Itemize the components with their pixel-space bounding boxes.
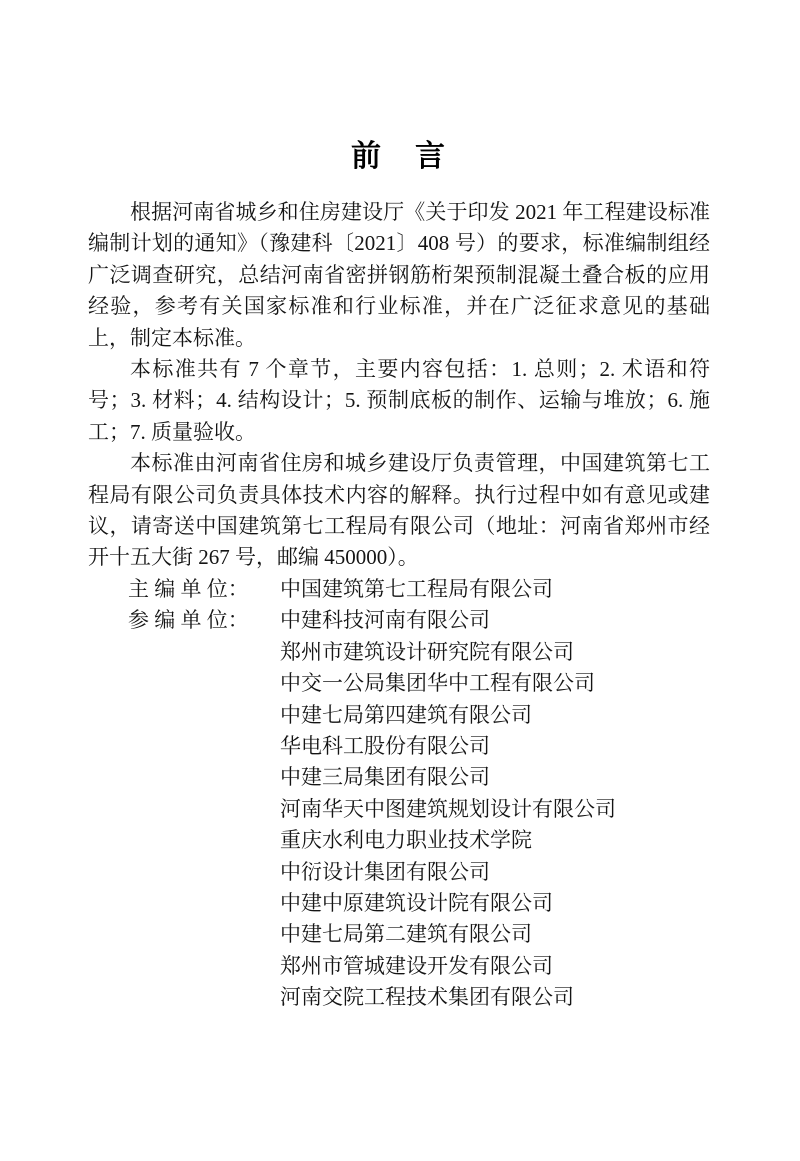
participating-editor-label: 参 编 单 位： — [128, 605, 280, 636]
participating-editor-row: 参 编 单 位： 中建科技河南有限公司 — [88, 605, 710, 636]
participating-editor-row: 中建七局第四建筑有限公司 — [88, 700, 710, 731]
document-page: 前 言 根据河南省城乡和住房建设厅《关于印发 2021 年工程建设标准编制计划的… — [0, 0, 800, 1161]
paragraph-contents: 本标准共有 7 个章节，主要内容包括：1. 总则；2. 术语和符号；3. 材料；… — [88, 354, 710, 448]
participating-editor-row: 郑州市管城建设开发有限公司 — [88, 951, 710, 982]
participating-unit: 中交一公局集团华中工程有限公司 — [280, 668, 595, 699]
participating-unit: 中衍设计集团有限公司 — [280, 857, 490, 888]
chief-editor-unit: 中国建筑第七工程局有限公司 — [280, 574, 553, 605]
participating-editor-row: 中建中原建筑设计院有限公司 — [88, 888, 710, 919]
editing-units-section: 主 编 单 位： 中国建筑第七工程局有限公司 参 编 单 位： 中建科技河南有限… — [88, 574, 710, 1014]
participating-unit: 中建科技河南有限公司 — [280, 605, 490, 636]
page-title: 前 言 — [88, 139, 710, 175]
participating-editor-row: 河南交院工程技术集团有限公司 — [88, 982, 710, 1013]
participating-unit: 中建七局第二建筑有限公司 — [280, 919, 532, 950]
participating-unit: 河南交院工程技术集团有限公司 — [280, 982, 574, 1013]
participating-editor-row: 中交一公局集团华中工程有限公司 — [88, 668, 710, 699]
paragraph-management: 本标准由河南省住房和城乡建设厅负责管理，中国建筑第七工程局有限公司负责具体技术内… — [88, 448, 710, 574]
participating-unit: 中建七局第四建筑有限公司 — [280, 700, 532, 731]
participating-unit: 中建中原建筑设计院有限公司 — [280, 888, 553, 919]
participating-editor-row: 重庆水利电力职业技术学院 — [88, 825, 710, 856]
participating-unit: 河南华天中图建筑规划设计有限公司 — [280, 794, 616, 825]
participating-editor-row: 中建三局集团有限公司 — [88, 762, 710, 793]
participating-unit: 郑州市建筑设计研究院有限公司 — [280, 637, 574, 668]
participating-unit: 中建三局集团有限公司 — [280, 762, 490, 793]
participating-editor-row: 中建七局第二建筑有限公司 — [88, 919, 710, 950]
participating-unit: 重庆水利电力职业技术学院 — [280, 825, 532, 856]
paragraph-basis: 根据河南省城乡和住房建设厅《关于印发 2021 年工程建设标准编制计划的通知》（… — [88, 197, 710, 354]
participating-unit: 华电科工股份有限公司 — [280, 731, 490, 762]
participating-editor-row: 郑州市建筑设计研究院有限公司 — [88, 637, 710, 668]
participating-editor-row: 中衍设计集团有限公司 — [88, 857, 710, 888]
participating-editor-row: 华电科工股份有限公司 — [88, 731, 710, 762]
participating-editor-row: 河南华天中图建筑规划设计有限公司 — [88, 794, 710, 825]
participating-unit: 郑州市管城建设开发有限公司 — [280, 951, 553, 982]
chief-editor-row: 主 编 单 位： 中国建筑第七工程局有限公司 — [88, 574, 710, 605]
chief-editor-label: 主 编 单 位： — [128, 574, 280, 605]
